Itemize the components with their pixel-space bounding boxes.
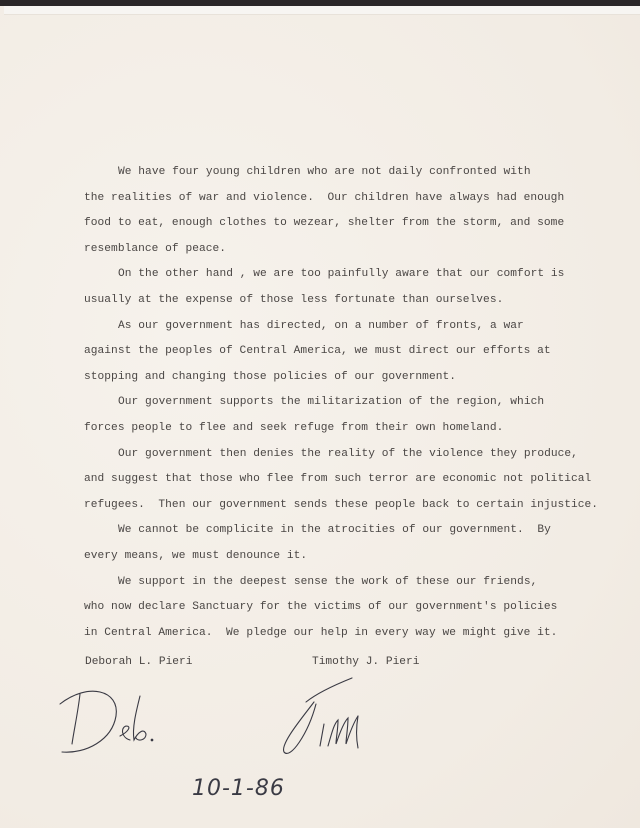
text-line: every means, we must denounce it. bbox=[84, 544, 604, 570]
text-line: who now declare Sanctuary for the victim… bbox=[84, 595, 604, 621]
text-line: We have four young children who are not … bbox=[84, 160, 604, 186]
paragraph-7: We support in the deepest sense the work… bbox=[84, 570, 604, 647]
paragraph-6: We cannot be complicite in the atrocitie… bbox=[84, 518, 604, 569]
document-page: We have four young children who are not … bbox=[0, 6, 640, 828]
handwritten-date: 10-1-86 bbox=[192, 776, 285, 801]
text-line: resemblance of peace. bbox=[84, 237, 604, 263]
text-line: As our government has directed, on a num… bbox=[84, 314, 604, 340]
text-line: and suggest that those who flee from suc… bbox=[84, 467, 604, 493]
paper-top-edge bbox=[4, 6, 640, 15]
letter-body: We have four young children who are not … bbox=[84, 160, 604, 646]
text-line: usually at the expense of those less for… bbox=[84, 288, 604, 314]
text-line: We cannot be complicite in the atrocitie… bbox=[84, 518, 604, 544]
text-line: forces people to flee and seek refuge fr… bbox=[84, 416, 604, 442]
signature-tim bbox=[272, 672, 382, 762]
paragraph-1: We have four young children who are not … bbox=[84, 160, 604, 262]
paragraph-4: Our government supports the militarizati… bbox=[84, 390, 604, 441]
typed-name-timothy: Timothy J. Pieri bbox=[312, 656, 419, 668]
text-line: against the peoples of Central America, … bbox=[84, 339, 604, 365]
text-line: refugees. Then our government sends thes… bbox=[84, 493, 604, 519]
signature-deb bbox=[58, 682, 178, 762]
text-line: On the other hand , we are too painfully… bbox=[84, 262, 604, 288]
text-line: food to eat, enough clothes to wezear, s… bbox=[84, 211, 604, 237]
text-line: stopping and changing those policies of … bbox=[84, 365, 604, 391]
paragraph-3: As our government has directed, on a num… bbox=[84, 314, 604, 391]
text-line: Our government then denies the reality o… bbox=[84, 442, 604, 468]
typed-name-deborah: Deborah L. Pieri bbox=[85, 656, 192, 668]
paragraph-5: Our government then denies the reality o… bbox=[84, 442, 604, 519]
paragraph-2: On the other hand , we are too painfully… bbox=[84, 262, 604, 313]
text-line: the realities of war and violence. Our c… bbox=[84, 186, 604, 212]
text-line: We support in the deepest sense the work… bbox=[84, 570, 604, 596]
text-line: Our government supports the militarizati… bbox=[84, 390, 604, 416]
text-line: in Central America. We pledge our help i… bbox=[84, 621, 604, 647]
